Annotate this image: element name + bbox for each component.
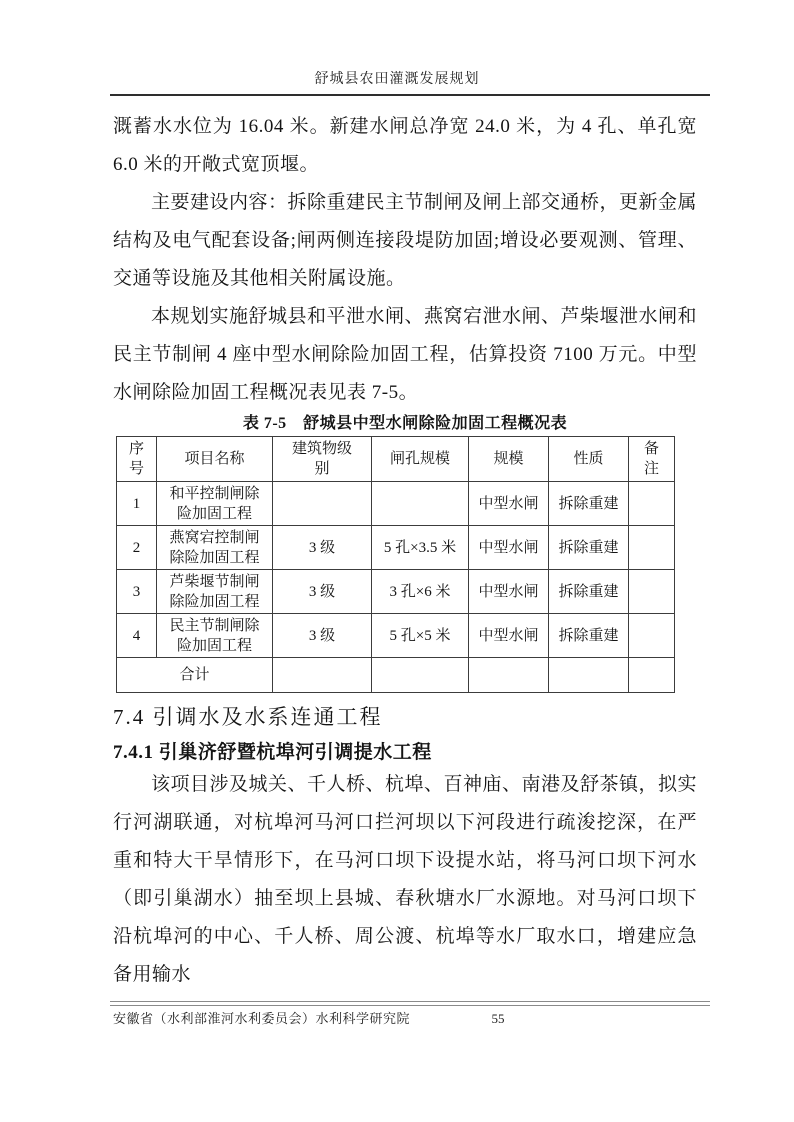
- cell-scale: 中型水闸: [469, 570, 549, 614]
- cell-remarks: [629, 526, 675, 570]
- page-number: 55: [480, 1010, 516, 1028]
- cell-remarks: [629, 570, 675, 614]
- table-row: 1 和平控制闸除险加固工程 中型水闸 拆除重建: [117, 482, 675, 526]
- cell-structure-grade: 3 级: [273, 526, 372, 570]
- footer-rule: [110, 1001, 710, 1006]
- cell-structure-grade: 3 级: [273, 614, 372, 658]
- table-row: 4 民主节制闸除险加固工程 3 级 5 孔×5 米 中型水闸 拆除重建: [117, 614, 675, 658]
- cell-project-name: 和平控制闸除险加固工程: [157, 482, 273, 526]
- cell-gate-scale: [372, 482, 469, 526]
- cell-nature: 拆除重建: [549, 614, 629, 658]
- cell-index: 4: [117, 614, 157, 658]
- table-row: 2 燕窝宕控制闸除险加固工程 3 级 5 孔×3.5 米 中型水闸 拆除重建: [117, 526, 675, 570]
- cell-gate-scale: 3 孔×6 米: [372, 570, 469, 614]
- cell-project-name: 民主节制闸除险加固工程: [157, 614, 273, 658]
- col-header-gate-scale: 闸孔规模: [372, 437, 469, 482]
- col-header-structure-grade: 建筑物级别: [273, 437, 372, 482]
- col-header-project-name: 项目名称: [157, 437, 273, 482]
- table-total-row: 合计: [117, 658, 675, 693]
- cell-structure-grade: [273, 658, 372, 693]
- cell-index: 2: [117, 526, 157, 570]
- cell-gate-scale: 5 孔×5 米: [372, 614, 469, 658]
- cell-project-name: 芦柴堰节制闸除险加固工程: [157, 570, 273, 614]
- paragraph-water-diversion: 该项目涉及城关、千人桥、杭埠、百神庙、南港及舒茶镇，拟实行河湖联通，对杭埠河马河…: [113, 766, 697, 994]
- cell-gate-scale: 5 孔×3.5 米: [372, 526, 469, 570]
- cell-nature: 拆除重建: [549, 570, 629, 614]
- footer-organization: 安徽省（水利部淮河水利委员会）水利科学研究院: [113, 1010, 410, 1028]
- cell-nature: 拆除重建: [549, 482, 629, 526]
- cell-remarks: [629, 614, 675, 658]
- cell-scale: 中型水闸: [469, 482, 549, 526]
- content-area: 溉蓄水水位为 16.04 米。新建水闸总净宽 24.0 米，为 4 孔、单孔宽 …: [113, 100, 697, 994]
- col-header-index: 序号: [117, 437, 157, 482]
- col-header-scale: 规模: [469, 437, 549, 482]
- cell-scale: [469, 658, 549, 693]
- paragraph-construction-content: 主要建设内容：拆除重建民主节制闸及闸上部交通桥，更新金属结构及电气配套设备;闸两…: [113, 184, 697, 298]
- col-header-nature: 性质: [549, 437, 629, 482]
- document-page: 舒城县农田灌溉发展规划 溉蓄水水位为 16.04 米。新建水闸总净宽 24.0 …: [0, 0, 794, 1122]
- section-heading-7-4-1: 7.4.1 引巢济舒暨杭埠河引调提水工程: [113, 740, 697, 766]
- paragraph-plan-overview: 本规划实施舒城县和平泄水闸、燕窝宕泄水闸、芦柴堰泄水闸和民主节制闸 4 座中型水…: [113, 298, 697, 412]
- cell-index: 3: [117, 570, 157, 614]
- header-title: 舒城县农田灌溉发展规划: [0, 71, 794, 89]
- cell-scale: 中型水闸: [469, 526, 549, 570]
- cell-remarks: [629, 658, 675, 693]
- cell-nature: 拆除重建: [549, 526, 629, 570]
- cell-scale: 中型水闸: [469, 614, 549, 658]
- paragraph-weir: 溉蓄水水位为 16.04 米。新建水闸总净宽 24.0 米，为 4 孔、单孔宽 …: [113, 108, 697, 184]
- table-title: 表 7-5 舒城县中型水闸除险加固工程概况表: [113, 412, 697, 436]
- cell-gate-scale: [372, 658, 469, 693]
- cell-structure-grade: 3 级: [273, 570, 372, 614]
- cell-nature: [549, 658, 629, 693]
- header-rule: [110, 94, 710, 96]
- cell-total-label: 合计: [117, 658, 273, 693]
- cell-structure-grade: [273, 482, 372, 526]
- table-header-row: 序号 项目名称 建筑物级别 闸孔规模 规模 性质 备注: [117, 437, 675, 482]
- col-header-remarks: 备注: [629, 437, 675, 482]
- cell-index: 1: [117, 482, 157, 526]
- cell-remarks: [629, 482, 675, 526]
- section-heading-7-4: 7.4 引调水及水系连通工程: [113, 703, 697, 731]
- table-row: 3 芦柴堰节制闸除险加固工程 3 级 3 孔×6 米 中型水闸 拆除重建: [117, 570, 675, 614]
- sluice-reinforcement-table: 序号 项目名称 建筑物级别 闸孔规模 规模 性质 备注 1 和平控制闸除险加固工…: [116, 436, 675, 693]
- cell-project-name: 燕窝宕控制闸除险加固工程: [157, 526, 273, 570]
